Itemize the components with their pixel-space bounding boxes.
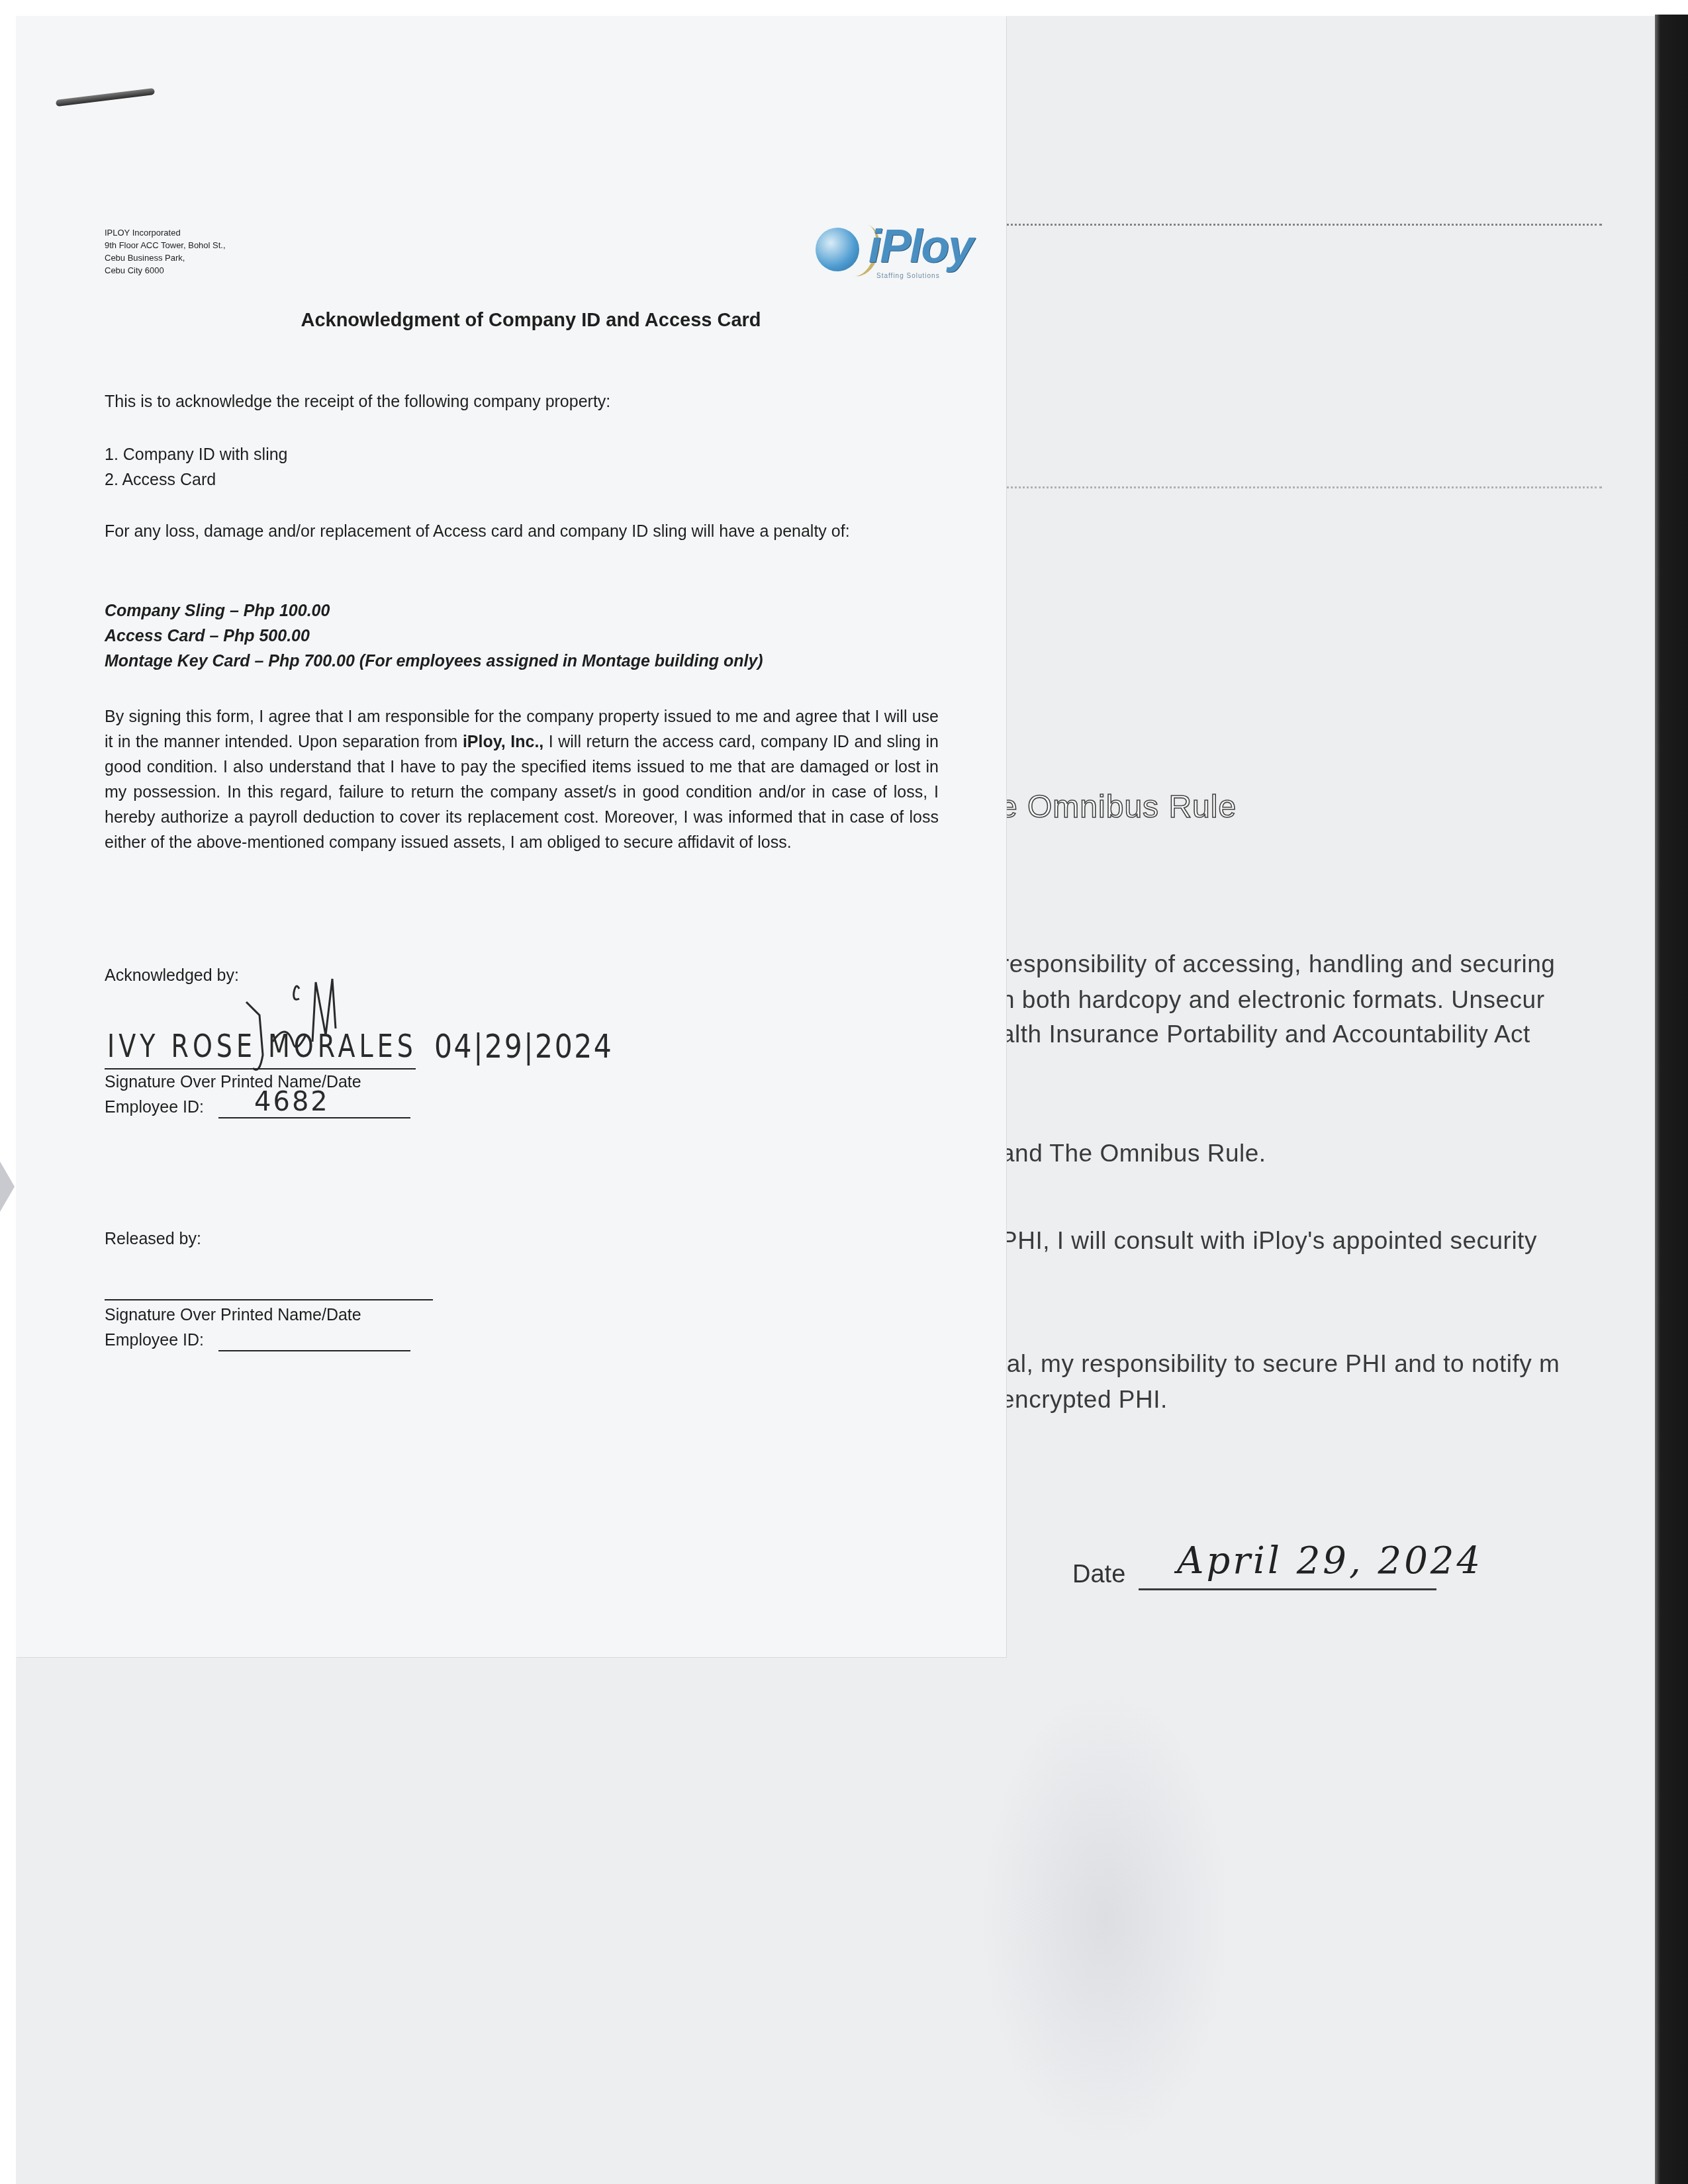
released-label: Released by: bbox=[105, 1230, 201, 1249]
property-list: 1. Company ID with sling 2. Access Card bbox=[105, 442, 939, 492]
handwritten-signing-date: 04|29|2024 bbox=[434, 1027, 613, 1066]
handwritten-employee-id: 4682 bbox=[254, 1087, 330, 1117]
company-address: IPLOY Incorporated 9th Floor ACC Tower, … bbox=[105, 226, 226, 277]
intro-text: This is to acknowledge the receipt of th… bbox=[105, 389, 939, 414]
scanner-edge bbox=[1655, 15, 1688, 2184]
smudge bbox=[980, 1688, 1231, 2151]
back-line: ial, my responsibility to secure PHI and… bbox=[1001, 1350, 1560, 1378]
faint-text-row bbox=[1006, 486, 1602, 490]
back-line: encrypted PHI. bbox=[1001, 1386, 1168, 1414]
back-line: n both hardcopy and electronic formats. … bbox=[1001, 986, 1544, 1014]
address-line: Cebu Business Park, bbox=[105, 251, 226, 264]
address-line: Cebu City 6000 bbox=[105, 264, 226, 277]
handwritten-date: April 29, 2024 bbox=[1177, 1539, 1483, 1582]
employee-id-label: Employee ID: bbox=[105, 1328, 204, 1353]
penalty-item: Access Card – Php 500.00 bbox=[105, 623, 939, 649]
back-heading: e Omnibus Rule bbox=[1000, 789, 1237, 825]
acknowledged-label: Acknowledged by: bbox=[105, 966, 239, 985]
acknowledgment-form: IPLOY Incorporated 9th Floor ACC Tower, … bbox=[16, 16, 1006, 1657]
list-item: 2. Access Card bbox=[105, 467, 939, 492]
torn-corner bbox=[0, 1161, 15, 1212]
address-line: IPLOY Incorporated bbox=[105, 226, 226, 239]
address-line: 9th Floor ACC Tower, Bohol St., bbox=[105, 239, 226, 251]
employee-id-line bbox=[218, 1350, 410, 1351]
back-line: alth Insurance Portability and Accountab… bbox=[1001, 1021, 1530, 1048]
logo-text: iPloy bbox=[868, 220, 972, 273]
penalty-list: Company Sling – Php 100.00 Access Card –… bbox=[105, 598, 939, 674]
terms-paragraph: By signing this form, I agree that I am … bbox=[105, 704, 939, 855]
penalty-item: Montage Key Card – Php 700.00 (For emplo… bbox=[105, 649, 939, 674]
signature-caption: Signature Over Printed Name/Date bbox=[105, 1302, 361, 1328]
faint-text-row bbox=[1006, 224, 1602, 228]
back-line: and The Omnibus Rule. bbox=[1001, 1140, 1266, 1167]
logo-tagline: Staffing Solutions bbox=[876, 273, 940, 280]
employee-id-label: Employee ID: bbox=[105, 1095, 204, 1120]
staple-mark bbox=[56, 88, 155, 107]
iploy-logo: iPloy Staffing Solutions bbox=[816, 220, 1014, 286]
back-line: responsibility of accessing, handling an… bbox=[1001, 950, 1555, 978]
penalty-intro: For any loss, damage and/or replacement … bbox=[105, 519, 939, 544]
date-line bbox=[1139, 1588, 1436, 1590]
handwritten-name: IVY ROSE MORALES bbox=[107, 1028, 417, 1064]
date-label: Date bbox=[1072, 1561, 1125, 1589]
penalty-item: Company Sling – Php 100.00 bbox=[105, 598, 939, 623]
signature-line bbox=[105, 1299, 433, 1300]
page-title: Acknowledgment of Company ID and Access … bbox=[16, 310, 1006, 332]
employee-id-line bbox=[218, 1117, 410, 1118]
back-line: PHI, I will consult with iPloy's appoint… bbox=[1001, 1227, 1537, 1255]
company-name: iPloy, Inc., bbox=[463, 733, 543, 751]
list-item: 1. Company ID with sling bbox=[105, 442, 939, 467]
